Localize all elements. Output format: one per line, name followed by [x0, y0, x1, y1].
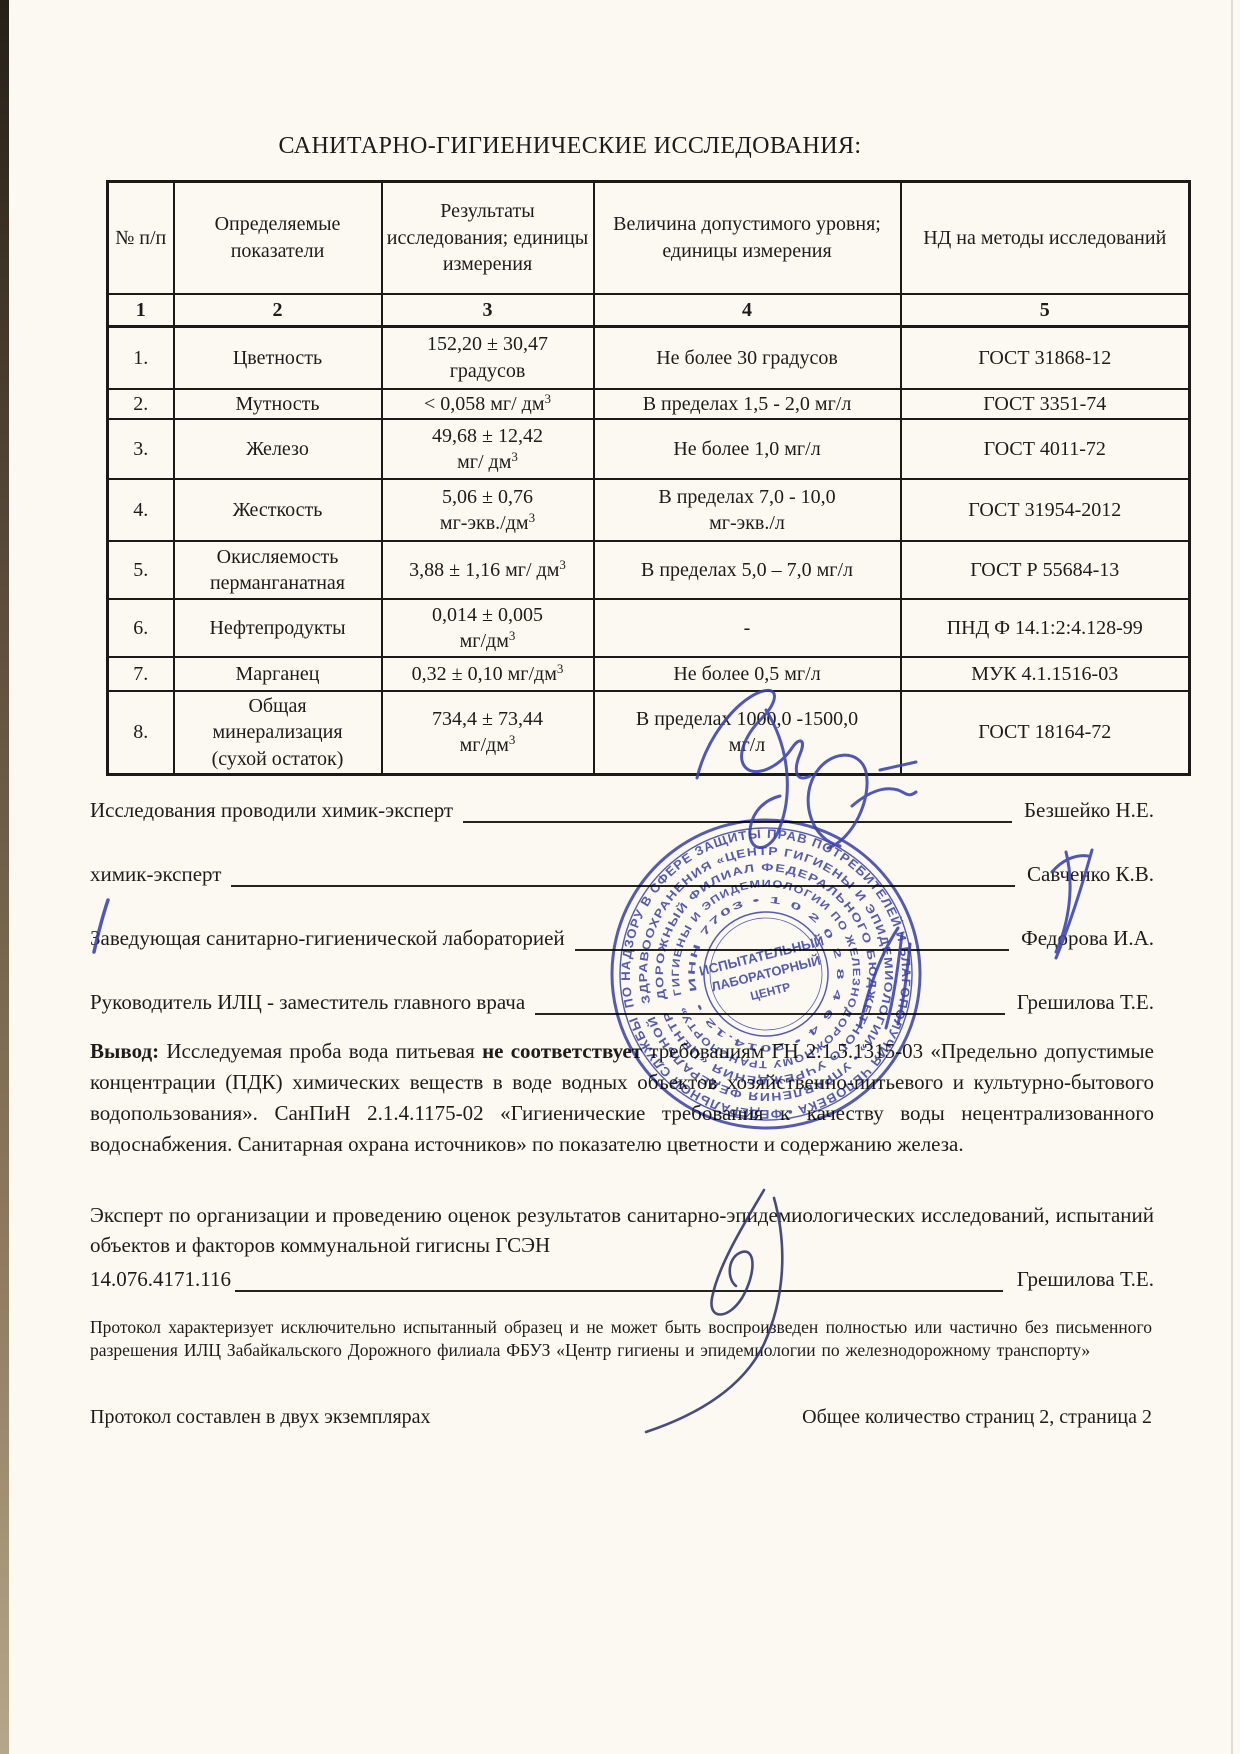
table-row: 5.Окисляемостьперманганатная3,88 ± 1,16 …	[108, 541, 1190, 599]
table-cell: ПНД Ф 14.1:2:4.128-99	[901, 599, 1190, 657]
table-cell: Не более 1,0 мг/л	[594, 419, 901, 479]
table-cell: -	[594, 599, 901, 657]
signatory-name: Безшейко Н.Е.	[1012, 798, 1154, 823]
signatory-role: Исследования проводили химик-эксперт	[90, 798, 463, 823]
column-header: № п/п	[108, 182, 174, 294]
table-row: 8.Общаяминерализация(сухой остаток)734,4…	[108, 691, 1190, 775]
column-header: Результаты исследования; единицы измерен…	[382, 182, 594, 294]
signatory-name: Савченко К.В.	[1015, 862, 1154, 887]
table-cell: В пределах 5,0 – 7,0 мг/л	[594, 541, 901, 599]
table-cell: ГОСТ 18164-72	[901, 691, 1190, 775]
column-number: 5	[901, 294, 1190, 327]
table-cell: Нефтепродукты	[174, 599, 382, 657]
table-cell: < 0,058 мг/ дм3	[382, 389, 594, 419]
table-cell: 7.	[108, 657, 174, 691]
table-row: 2.Мутность< 0,058 мг/ дм3В пределах 1,5 …	[108, 389, 1190, 419]
table-cell: 0,014 ± 0,005мг/дм3	[382, 599, 594, 657]
table-row: 7.Марганец0,32 ± 0,10 мг/дм3Не более 0,5…	[108, 657, 1190, 691]
table-cell: ГОСТ Р 55684-13	[901, 541, 1190, 599]
footer-page-count: Общее количество страниц 2, страница 2	[802, 1406, 1152, 1429]
table-cell: ГОСТ 3351-74	[901, 389, 1190, 419]
table-cell: Железо	[174, 419, 382, 479]
document-page: САНИТАРНО-ГИГИЕНИЧЕСКИЕ ИССЛЕДОВАНИЯ: № …	[0, 0, 1240, 1754]
signatory-name: Грешилова Т.Е.	[1005, 990, 1154, 1015]
page-title: САНИТАРНО-ГИГИЕНИЧЕСКИЕ ИССЛЕДОВАНИЯ:	[70, 133, 1070, 160]
column-number: 2	[174, 294, 382, 327]
column-number: 1	[108, 294, 174, 327]
table-cell: 4.	[108, 479, 174, 541]
table-cell: 3.	[108, 419, 174, 479]
footer-copies-note: Протокол составлен в двух экземплярах	[90, 1406, 431, 1429]
table-cell: 0,32 ± 0,10 мг/дм3	[382, 657, 594, 691]
signatory-role: Руководитель ИЛЦ - заместитель главного …	[90, 990, 535, 1015]
table-row: 4.Жесткость5,06 ± 0,76мг-экв./дм3В преде…	[108, 479, 1190, 541]
table-cell: 5.	[108, 541, 174, 599]
column-number: 3	[382, 294, 594, 327]
expert-paragraph: Эксперт по организации и проведению оцен…	[90, 1200, 1154, 1260]
signature-row: Исследования проводили химик-экспертБезш…	[90, 792, 1154, 823]
conclusion-label: Вывод:	[90, 1039, 159, 1063]
scan-edge-right-artifact	[1231, 0, 1233, 1754]
table-cell: Окисляемостьперманганатная	[174, 541, 382, 599]
conclusion-text-before: Исследуемая проба вода питьевая	[166, 1039, 482, 1063]
expert-certificate-number: 14.076.4171.116	[90, 1267, 235, 1292]
table-cell: 49,68 ± 12,42мг/ дм3	[382, 419, 594, 479]
column-header: Определяемые показатели	[174, 182, 382, 294]
results-table: № п/пОпределяемые показателиРезультаты и…	[106, 180, 1191, 776]
table-cell: Не более 0,5 мг/л	[594, 657, 901, 691]
table-cell: Мутность	[174, 389, 382, 419]
expert-name: Грешилова Т.Е.	[1003, 1267, 1154, 1292]
table-cell: Не более 30 градусов	[594, 327, 901, 389]
expert-block: Эксперт по организации и проведению оцен…	[90, 1200, 1154, 1292]
results-table-body: 1.Цветность152,20 ± 30,47градусовНе боле…	[108, 327, 1190, 775]
table-row: 1.Цветность152,20 ± 30,47градусовНе боле…	[108, 327, 1190, 389]
table-cell: 3,88 ± 1,16 мг/ дм3	[382, 541, 594, 599]
column-header: Величина допустимого уровня; единицы изм…	[594, 182, 901, 294]
table-cell: ГОСТ 4011-72	[901, 419, 1190, 479]
table-row: 3.Железо49,68 ± 12,42мг/ дм3Не более 1,0…	[108, 419, 1190, 479]
table-cell: МУК 4.1.1516-03	[901, 657, 1190, 691]
table-cell: 1.	[108, 327, 174, 389]
table-cell: В пределах 1,5 - 2,0 мг/л	[594, 389, 901, 419]
table-cell: 734,4 ± 73,44мг/дм3	[382, 691, 594, 775]
table-cell: Общаяминерализация(сухой остаток)	[174, 691, 382, 775]
table-cell: ГОСТ 31954-2012	[901, 479, 1190, 541]
signatory-role: Заведующая санитарно-гигиенической лабор…	[90, 926, 575, 951]
table-cell: В пределах 7,0 - 10,0мг-экв./л	[594, 479, 901, 541]
table-cell: В пределах 1000,0 -1500,0мг/л	[594, 691, 901, 775]
column-header: НД на методы исследований	[901, 182, 1190, 294]
expert-signature-row: 14.076.4171.116 Грешилова Т.Е.	[90, 1260, 1154, 1292]
table-cell: 2.	[108, 389, 174, 419]
column-number: 4	[594, 294, 901, 327]
results-table-number-row: 12345	[108, 294, 1190, 327]
table-cell: 5,06 ± 0,76мг-экв./дм3	[382, 479, 594, 541]
table-cell: Марганец	[174, 657, 382, 691]
scan-edge-artifact	[0, 0, 9, 1754]
disclaimer-paragraph: Протокол характеризует исключительно исп…	[90, 1316, 1152, 1362]
signatory-name: Федорова И.А.	[1009, 926, 1154, 951]
table-cell: 6.	[108, 599, 174, 657]
table-row: 6.Нефтепродукты0,014 ± 0,005мг/дм3-ПНД Ф…	[108, 599, 1190, 657]
table-cell: Цветность	[174, 327, 382, 389]
table-cell: Жесткость	[174, 479, 382, 541]
table-cell: 152,20 ± 30,47градусов	[382, 327, 594, 389]
results-table-header-row: № п/пОпределяемые показателиРезультаты и…	[108, 182, 1190, 294]
table-cell: 8.	[108, 691, 174, 775]
signatory-role: химик-эксперт	[90, 862, 231, 887]
results-table-head: № п/пОпределяемые показателиРезультаты и…	[108, 182, 1190, 327]
table-cell: ГОСТ 31868-12	[901, 327, 1190, 389]
expert-signature-line	[235, 1258, 1003, 1292]
